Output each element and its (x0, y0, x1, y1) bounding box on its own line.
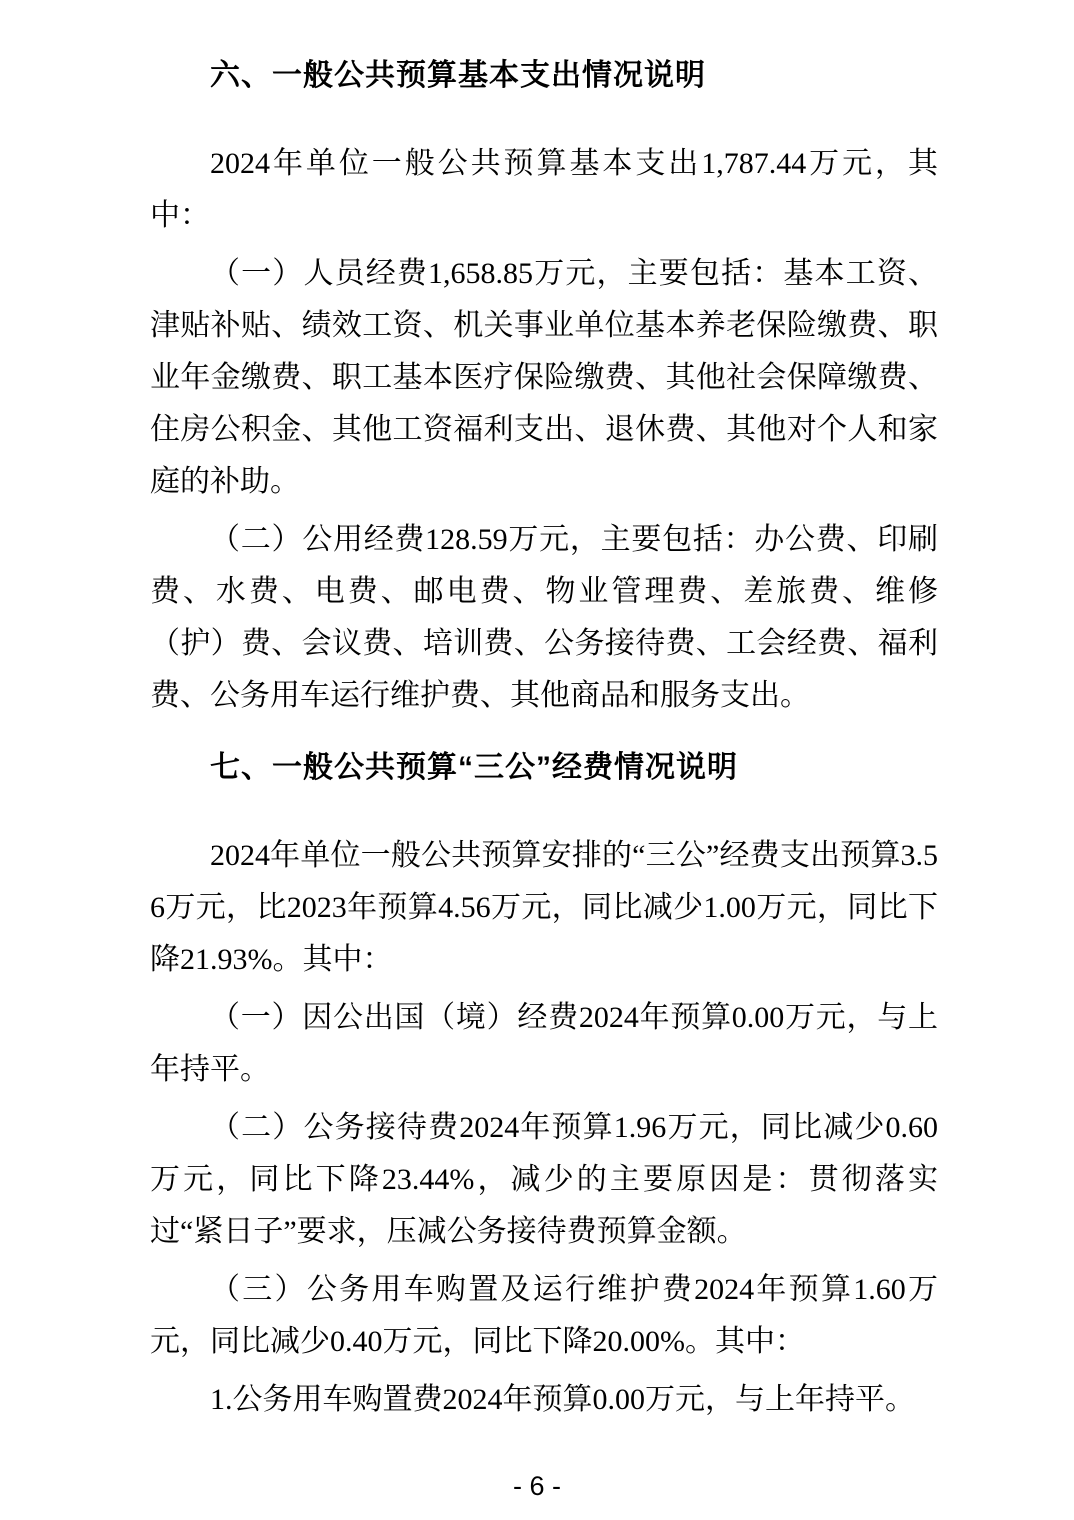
document-page: 六、一般公共预算基本支出情况说明 2024年单位一般公共预算基本支出1,787.… (0, 0, 1074, 1520)
document-content: 六、一般公共预算基本支出情况说明 2024年单位一般公共预算基本支出1,787.… (150, 56, 938, 1432)
para-three-public-total: 2024年单位一般公共预算安排的“三公”经费支出预算3.56万元，比2023年预… (150, 830, 938, 986)
section-heading-basic-expenditure: 六、一般公共预算基本支出情况说明 (150, 56, 938, 96)
para-official-vehicles: （三）公务用车购置及运行维护费2024年预算1.60万元，同比减少0.40万元，… (150, 1264, 938, 1368)
para-public-funds: （二）公用经费128.59万元，主要包括：办公费、印刷费、水费、电费、邮电费、物… (150, 514, 938, 722)
para-personnel-funds: （一）人员经费1,658.85万元，主要包括：基本工资、津贴补贴、绩效工资、机关… (150, 248, 938, 508)
para-overseas-trips: （一）因公出国（境）经费2024年预算0.00万元，与上年持平。 (150, 992, 938, 1096)
para-basic-expenditure-total: 2024年单位一般公共预算基本支出1,787.44万元，其中： (150, 138, 938, 242)
para-vehicle-purchase: 1.公务用车购置费2024年预算0.00万元，与上年持平。 (150, 1374, 938, 1426)
page-number: - 6 - (0, 1471, 1074, 1502)
section-heading-three-public-funds: 七、一般公共预算“三公”经费情况说明 (150, 748, 938, 788)
para-official-reception: （二）公务接待费2024年预算1.96万元，同比减少0.60万元，同比下降23.… (150, 1102, 938, 1258)
